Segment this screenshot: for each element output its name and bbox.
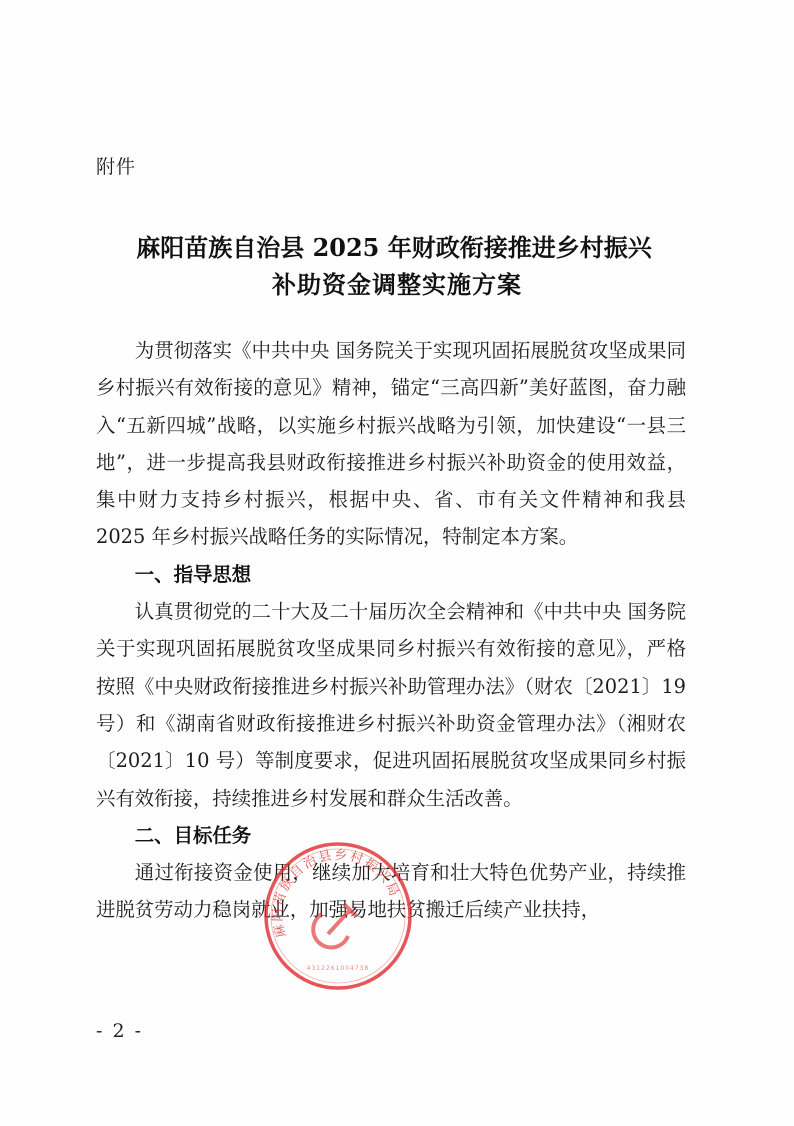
intro-paragraph: 为贯彻落实《中共中央 国务院关于实现巩固拓展脱贫攻坚成果同乡村振兴有效衔接的意见… <box>96 332 686 556</box>
page-number: - 2 - <box>96 1020 143 1042</box>
attachment-label: 附件 <box>96 152 136 179</box>
section-paragraph-guiding-ideology: 认真贯彻党的二十大及二十届历次全会精神和《中共中央 国务院关于实现巩固拓展脱贫攻… <box>96 593 686 817</box>
section-paragraph-objectives: 通过衔接资金使用，继续加大培育和壮大特色优势产业，持续推进脱贫劳动力稳岗就业，加… <box>96 854 686 929</box>
section-heading-objectives: 二、目标任务 <box>96 817 686 854</box>
svg-text:4312261004738: 4312261004738 <box>307 965 370 972</box>
section-heading-guiding-ideology: 一、指导思想 <box>96 556 686 593</box>
document-page: 附件 麻阳苗族自治县 2025 年财政衔接推进乡村振兴 补助资金调整实施方案 为… <box>0 0 794 1126</box>
document-title-line1: 麻阳苗族自治县 2025 年财政衔接推进乡村振兴 <box>0 228 791 263</box>
document-title-line2: 补助资金调整实施方案 <box>0 265 794 300</box>
document-body: 为贯彻落实《中共中央 国务院关于实现巩固拓展脱贫攻坚成果同乡村振兴有效衔接的意见… <box>96 332 686 929</box>
